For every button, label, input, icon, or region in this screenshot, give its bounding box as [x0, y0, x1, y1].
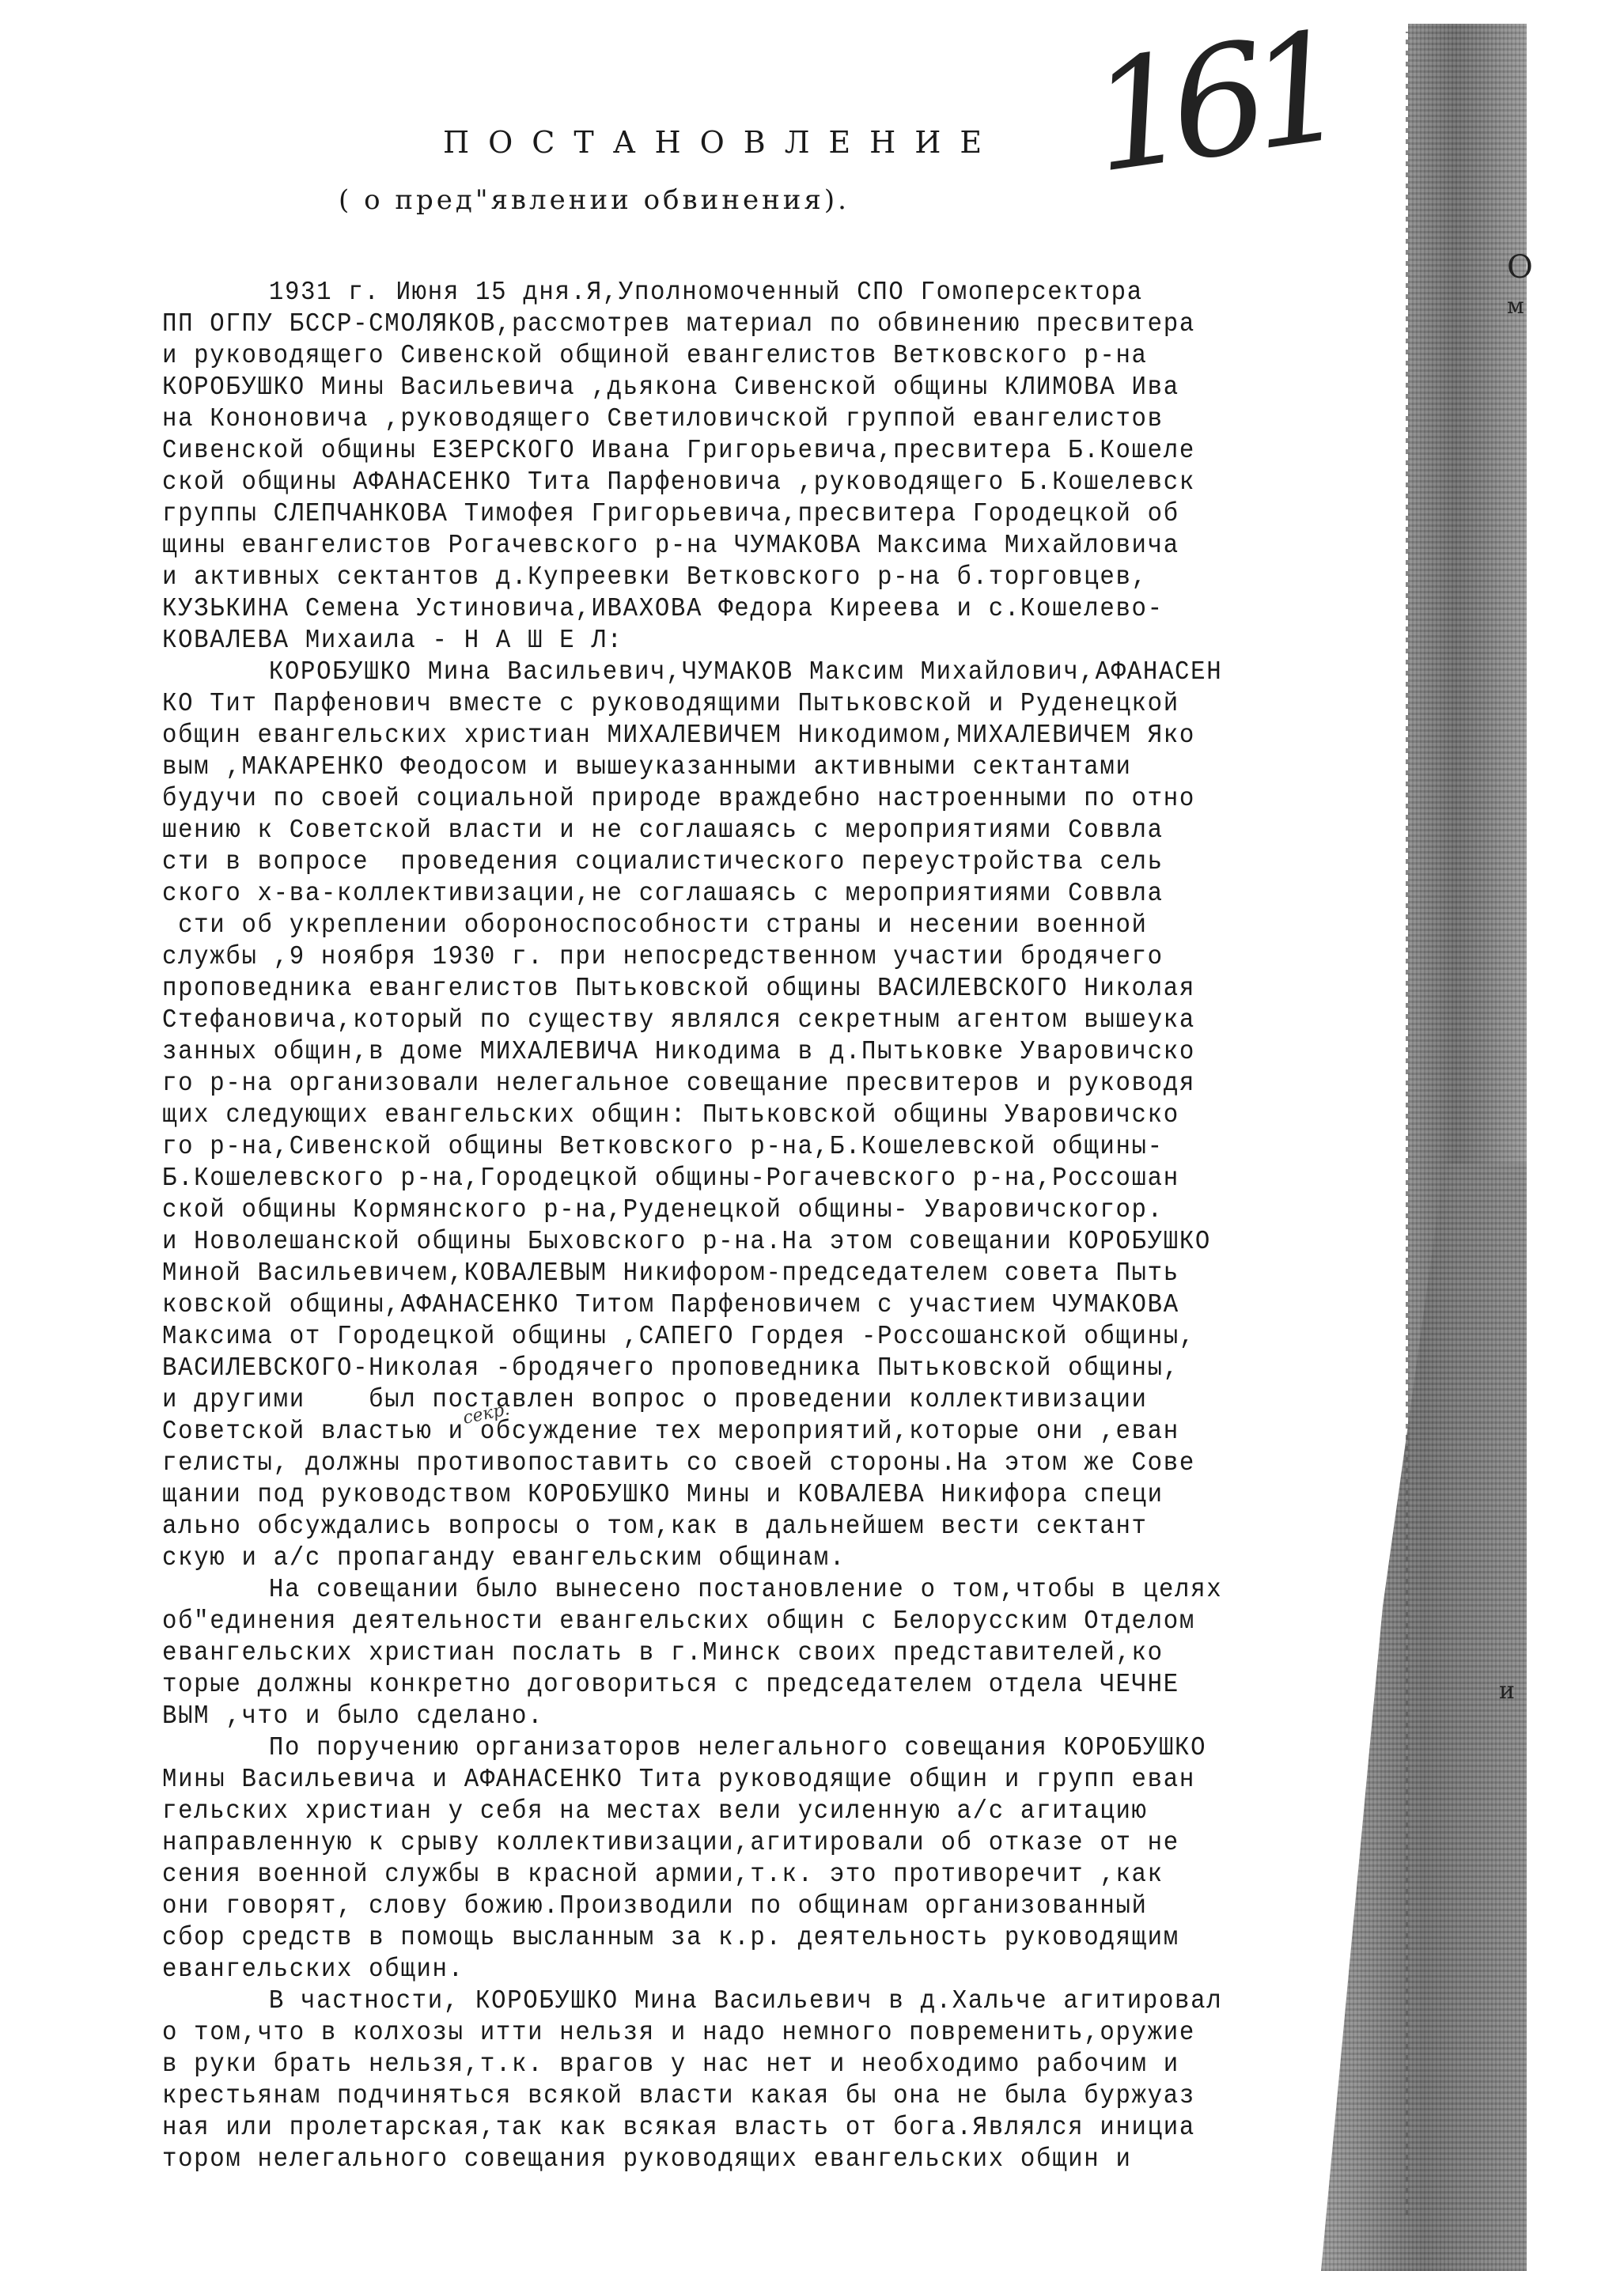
handwritten-page-number: 161	[1081, 0, 1342, 206]
text-line: По поручению организаторов нелегального …	[162, 1732, 1368, 1764]
text-line: На совещании было вынесено постановление…	[162, 1574, 1368, 1606]
text-line: направленную к срыву коллективизации,аги…	[162, 1827, 1368, 1859]
text-line: вым ,МАКАРЕНКО Феодосом и вышеуказанными…	[162, 751, 1368, 783]
text-line: ально обсуждались вопросы о том,как в да…	[162, 1511, 1368, 1542]
text-line: ской общины Кормянского р-на,Руденецкой …	[162, 1194, 1368, 1226]
text-line: евангельских общин.	[162, 1954, 1368, 1985]
text-line: и Новолешанской общины Быховского р-на.Н…	[162, 1226, 1368, 1258]
text-line: крестьянам подчиняться всякой власти как…	[162, 2080, 1368, 2112]
text-line: и другими был поставлен вопрос о проведе…	[162, 1384, 1368, 1416]
text-line: ВАСИЛЕВСКОГО-Николая -бродячего проповед…	[162, 1353, 1368, 1384]
text-line: 1931 г. Июня 15 дня.Я,Уполномоченный СПО…	[162, 277, 1368, 308]
text-line: КОРОБУШКО Мины Васильевича ,дьякона Сиве…	[162, 372, 1368, 403]
text-line: евангельских христиан послать в г.Минск …	[162, 1637, 1368, 1669]
text-line: на Кононовича ,руководящего Светиловичск…	[162, 403, 1368, 435]
text-line: ковской общины,АФАНАСЕНКО Титом Парфенов…	[162, 1289, 1368, 1321]
text-line: КО Тит Парфенович вместе с руководящими …	[162, 688, 1368, 720]
text-line: гельских христиан у себя на местах вели …	[162, 1796, 1368, 1827]
text-line: Сивенской общины ЕЗЕРСКОГО Ивана Григорь…	[162, 435, 1368, 467]
text-line: гелисты, должны противопоставить со свое…	[162, 1448, 1368, 1479]
text-line: Мины Васильевича и АФАНАСЕНКО Тита руков…	[162, 1764, 1368, 1796]
document-title: ПОСТАНОВЛЕНИЕ	[443, 125, 1001, 160]
text-line: ской общины АФАНАСЕНКО Тита Парфеновича …	[162, 467, 1368, 498]
text-line: будучи по своей социальной природе вражд…	[162, 783, 1368, 815]
text-line: об"единения деятельности евангельских об…	[162, 1606, 1368, 1637]
text-line: о том,что в колхозы итти нельзя и надо н…	[162, 2017, 1368, 2049]
text-line: тором нелегального совещания руководящих…	[162, 2144, 1368, 2175]
text-line: Стефановича,который по существу являлся …	[162, 1005, 1368, 1036]
text-line: Миной Васильевичем,КОВАЛЕВЫМ Никифором-п…	[162, 1258, 1368, 1289]
text-line: общин евангельских христиан МИХАЛЕВИЧЕМ …	[162, 720, 1368, 751]
text-line: КУЗЬКИНА Семена Устиновича,ИВАХОВА Федор…	[162, 593, 1368, 625]
text-line: группы СЛЕПЧАНКОВА Тимофея Григорьевича,…	[162, 498, 1368, 530]
text-line: сбор средств в помощь высланным за к.р. …	[162, 1922, 1368, 1954]
text-line: занных общин,в доме МИХАЛЕВИЧА Никодима …	[162, 1036, 1368, 1068]
text-line: скую и а/с пропаганду евангельским общин…	[162, 1542, 1368, 1574]
text-line: сти об укреплении обороноспособности стр…	[162, 910, 1368, 941]
text-line: КОВАЛЕВА Михаила - Н А Ш Е Л:	[162, 625, 1368, 657]
text-line: шению к Советской власти и не соглашаясь…	[162, 815, 1368, 846]
text-line: сения военной службы в красной армии,т.к…	[162, 1859, 1368, 1891]
text-line: службы ,9 ноября 1930 г. при непосредств…	[162, 941, 1368, 973]
text-line: торые должны конкретно договориться с пр…	[162, 1669, 1368, 1701]
text-line: проповедника евангелистов Пытьковской об…	[162, 973, 1368, 1005]
text-line: щины евангелистов Рогачевского р-на ЧУМА…	[162, 530, 1368, 562]
text-line: КОРОБУШКО Мина Васильевич,ЧУМАКОВ Максим…	[162, 657, 1368, 688]
text-line: они говорят, слову божию.Производили по …	[162, 1891, 1368, 1922]
margin-mark: м	[1507, 293, 1524, 319]
text-line: и активных сектантов д.Купреевки Ветковс…	[162, 562, 1368, 593]
document-subtitle: ( о пред"явлении обвинения).	[339, 184, 850, 216]
margin-mark: О	[1507, 249, 1533, 286]
text-line: сти в вопросе проведения социалистическо…	[162, 846, 1368, 878]
text-line: В частности, КОРОБУШКО Мина Васильевич в…	[162, 1985, 1368, 2017]
text-line: Б.Кошелевского р-на,Городецкой общины-Ро…	[162, 1163, 1368, 1194]
margin-mark: и	[1499, 1677, 1515, 1705]
text-line: щании под руководством КОРОБУШКО Мины и …	[162, 1479, 1368, 1511]
text-line: го р-на организовали нелегальное совещан…	[162, 1068, 1368, 1100]
document-body: 1931 г. Июня 15 дня.Я,Уполномоченный СПО…	[162, 277, 1459, 2175]
text-line: ПП ОГПУ БССР-СМОЛЯКОВ,рассмотрев материа…	[162, 308, 1368, 340]
text-line: Советской властью и обсуждение тех мероп…	[162, 1416, 1368, 1448]
text-line: го р-на,Сивенской общины Ветковского р-н…	[162, 1131, 1368, 1163]
text-line: Максима от Городецкой общины ,САПЕГО Гор…	[162, 1321, 1368, 1353]
text-line: ского х-ва-коллективизации,не соглашаясь…	[162, 878, 1368, 910]
text-line: ВЫМ ,что и было сделано.	[162, 1701, 1368, 1732]
text-line: ная или пролетарская,так как всякая влас…	[162, 2112, 1368, 2144]
text-line: щих следующих евангельских общин: Пытько…	[162, 1100, 1368, 1131]
document-page: О м и 161 ПОСТАНОВЛЕНИЕ ( о пред"явлении…	[0, 0, 1527, 2271]
text-line: и руководящего Сивенской общиной евангел…	[162, 340, 1368, 372]
text-line: в руки брать нельзя,т.к. врагов у нас не…	[162, 2049, 1368, 2080]
